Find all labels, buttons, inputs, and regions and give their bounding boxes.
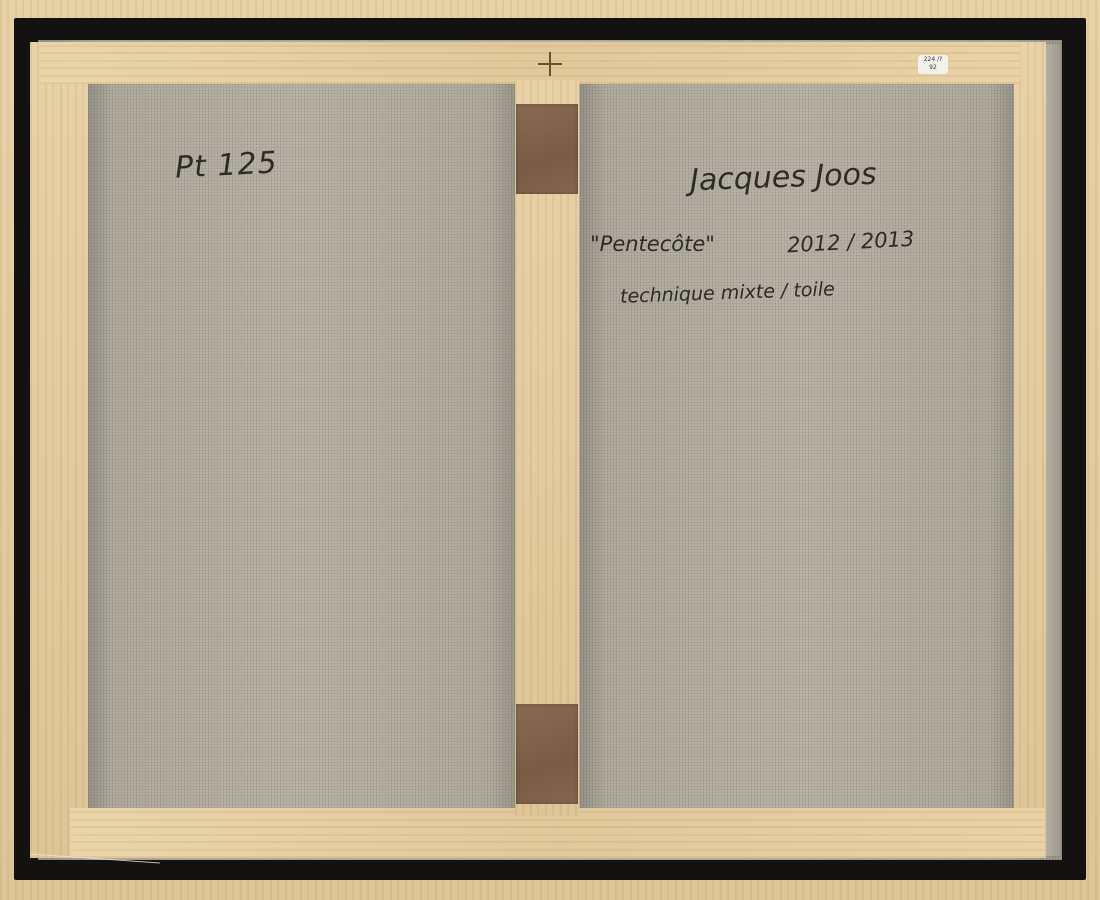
tape-top (516, 104, 578, 194)
sticker-line-1: 224 /? (918, 56, 948, 64)
canvas-panel-left (88, 84, 516, 808)
inventory-sticker: 224 /? 92 (918, 55, 948, 74)
stretcher-bar-right (1012, 42, 1046, 858)
sticker-line-2: 92 (918, 64, 948, 72)
title-inscription: "Pentecôte" (590, 232, 715, 256)
format-inscription: Pt 125 (174, 145, 278, 185)
tape-bottom (516, 704, 578, 804)
cross-mark (538, 52, 562, 76)
stretcher-bar-top (40, 42, 1020, 84)
artist-inscription: Jacques Joos (689, 157, 877, 198)
stretcher-bar-left (30, 42, 90, 858)
